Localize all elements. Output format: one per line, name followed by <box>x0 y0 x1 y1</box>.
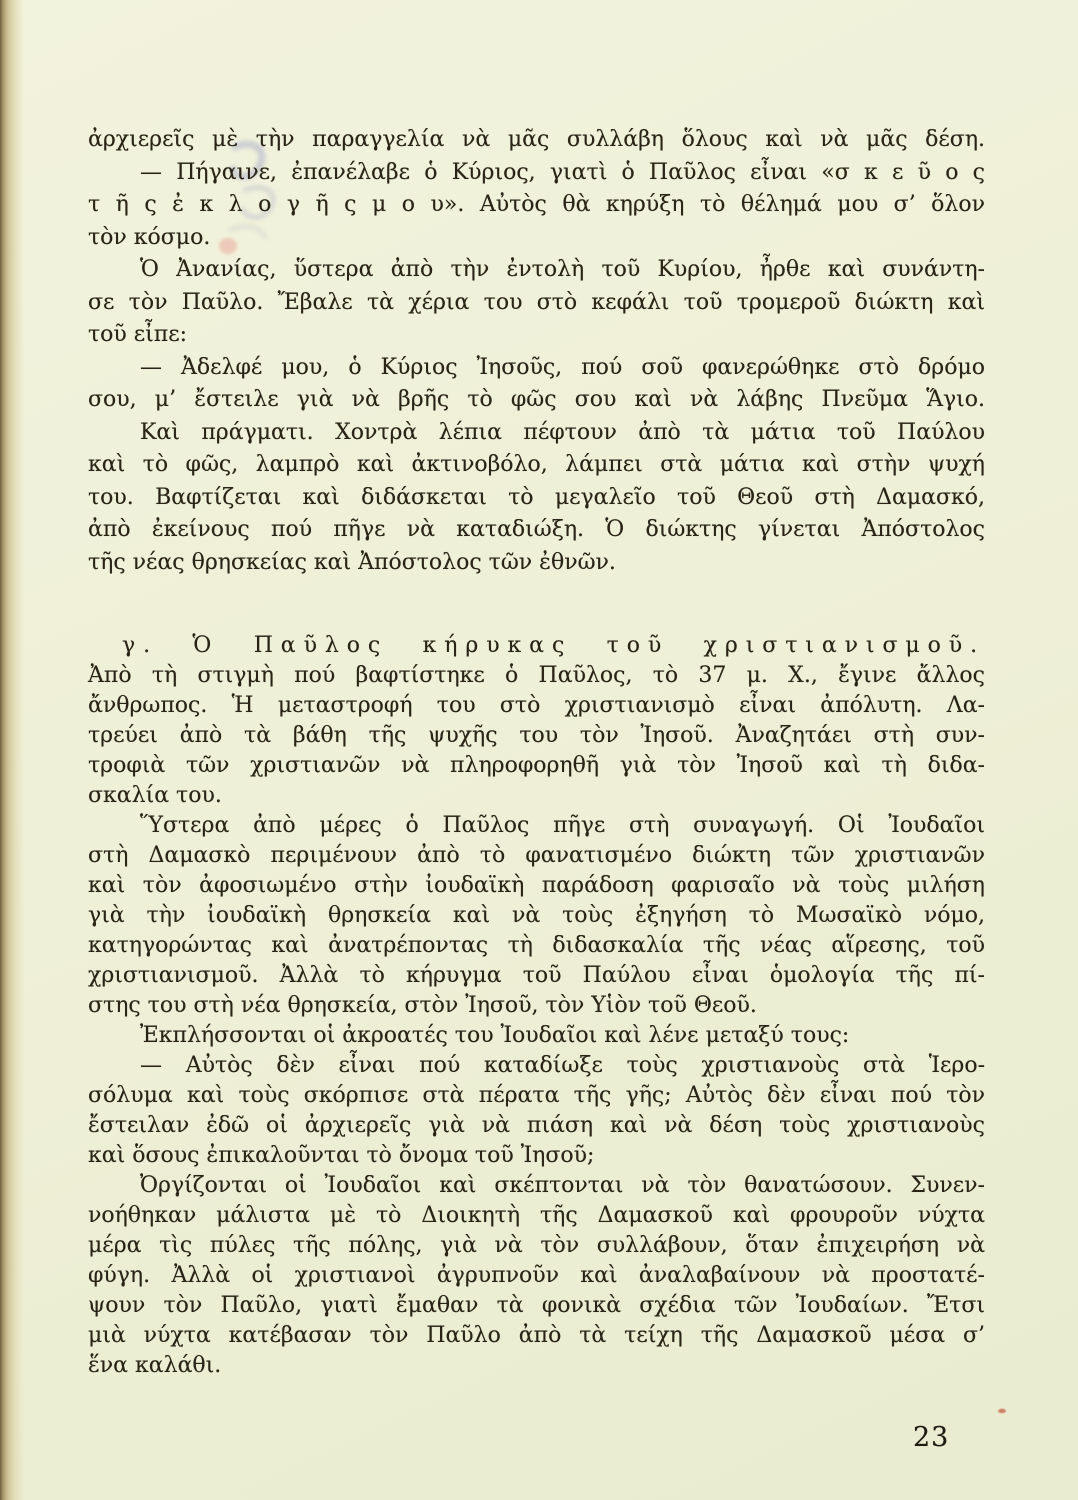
paragraph: — Ἀδελφέ μου, ὁ Κύριος Ἰησοῦς, πού σοῦ φ… <box>88 352 985 417</box>
text-line: Ὕστερα ἀπὸ μέρες ὁ Παῦλος πῆγε στὴ συναγ… <box>88 811 985 841</box>
text-line: κατηγορώντας καὶ ἀνατρέποντας τὴ διδασκα… <box>88 931 985 961</box>
text-line: — Ἀδελφέ μου, ὁ Κύριος Ἰησοῦς, πού σοῦ φ… <box>88 352 985 385</box>
text-line: Ἐκπλήσσονται οἱ ἀκροατές του Ἰουδαῖοι κα… <box>88 1021 985 1051</box>
text-line: τροφιὰ τῶν χριστιανῶν νὰ πληροφορηθῆ γιὰ… <box>88 751 985 781</box>
text-line: χριστιανισμοῦ. Ἀλλὰ τὸ κήρυγμα τοῦ Παύλο… <box>88 961 985 991</box>
paragraph: γ. Ὁ Παῦλος κήρυκας τοῦ χριστιανισμοῦ.Ἀπ… <box>88 631 985 811</box>
text-line: τοῦ εἶπε: <box>88 319 985 352</box>
text-line: Ὀργίζονται οἱ Ἰουδαῖοι καὶ σκέπτονται νὰ… <box>88 1171 985 1201</box>
text-line: μιὰ νύχτα κατέβασαν τὸν Παῦλο ἀπὸ τὰ τεί… <box>88 1321 985 1351</box>
text-line: σόλυμα καὶ τοὺς σκόρπισε στὰ πέρατα τῆς … <box>88 1081 985 1111</box>
text-line: καὶ τὸ φῶς, λαμπρὸ καὶ ἀκτινοβόλο, λάμπε… <box>88 449 985 482</box>
text-line: Ἀπὸ τὴ στιγμὴ πού βαφτίστηκε ὁ Παῦλος, τ… <box>88 661 985 691</box>
paragraph: Ὁ Ἀνανίας, ὕστερα ἀπὸ τὴν ἐντολὴ τοῦ Κυρ… <box>88 254 985 352</box>
paragraph: — Αὐτὸς δὲν εἶναι πού καταδίωξε τοὺς χρι… <box>88 1051 985 1171</box>
text-line: μέρα τὶς πύλες τῆς πόλης, γιὰ νὰ τὸν συλ… <box>88 1231 985 1261</box>
text-line: τὸν κόσμο. <box>88 222 985 255</box>
text-block: ἀρχιερεῖς μὲ τὴν παραγγελία νὰ μᾶς συλλά… <box>88 124 985 1381</box>
text-line: του. Βαφτίζεται καὶ διδάσκεται τὸ μεγαλε… <box>88 482 985 515</box>
paragraph: ἀρχιερεῖς μὲ τὴν παραγγελία νὰ μᾶς συλλά… <box>88 124 985 157</box>
text-line: φύγη. Ἀλλὰ οἱ χριστιανοὶ ἀγρυπνοῦν καὶ ἀ… <box>88 1261 985 1291</box>
text-line: τρεύει ἀπὸ τὰ βάθη τῆς ψυχῆς του τὸν Ἰησ… <box>88 721 985 751</box>
text-line: Καὶ πράγματι. Χοντρὰ λέπια πέφτουν ἀπὸ τ… <box>88 417 985 450</box>
text-line: καὶ ὅσους ἐπικαλοῦνται τὸ ὄνομα τοῦ Ἰησο… <box>88 1141 985 1171</box>
section-heading: γ. Ὁ Παῦλος κήρυκας τοῦ χριστιανισμοῦ. <box>88 631 985 661</box>
paragraph: Ὀργίζονται οἱ Ἰουδαῖοι καὶ σκέπτονται νὰ… <box>88 1171 985 1381</box>
text-line: τ ῆ ς ἐ κ λ ο γ ῆ ς μ ο υ». Αὐτὸς θὰ κηρ… <box>88 189 985 222</box>
text-line: στὴ Δαμασκὸ περιμένουν ἀπὸ τὸ φανατισμέν… <box>88 841 985 871</box>
text-line: ἀρχιερεῖς μὲ τὴν παραγγελία νὰ μᾶς συλλά… <box>88 124 985 157</box>
text-line: ἄνθρωπος. Ἡ μεταστροφή του στὸ χριστιανι… <box>88 691 985 721</box>
paragraph: — Πήγαινε, ἐπανέλαβε ὁ Κύριος, γιατὶ ὁ Π… <box>88 157 985 255</box>
text-line: ἕνα καλάθι. <box>88 1351 985 1381</box>
text-line: τῆς νέας θρησκείας καὶ Ἀπόστολος τῶν ἐθν… <box>88 547 985 580</box>
text-line: ψουν τὸν Παῦλο, γιατὶ ἔμαθαν τὰ φονικὰ σ… <box>88 1291 985 1321</box>
text-line: γιὰ τὴν ἰουδαϊκὴ θρησκεία καὶ νὰ τοὺς ἐξ… <box>88 901 985 931</box>
book-page: ἀρχιερεῖς μὲ τὴν παραγγελία νὰ μᾶς συλλά… <box>0 0 1078 1500</box>
page-number: 23 <box>913 1422 949 1453</box>
text-line: σκαλία του. <box>88 781 985 811</box>
text-line: στης του στὴ νέα θρησκεία, στὸν Ἰησοῦ, τ… <box>88 991 985 1021</box>
text-line: σου, μ’ ἔστειλε γιὰ νὰ βρῆς τὸ φῶς σου κ… <box>88 384 985 417</box>
text-line: ἔστειλαν ἐδῶ οἱ ἀρχιερεῖς γιὰ νὰ πιάση κ… <box>88 1111 985 1141</box>
text-line: Ὁ Ἀνανίας, ὕστερα ἀπὸ τὴν ἐντολὴ τοῦ Κυρ… <box>88 254 985 287</box>
text-line: ἀπὸ ἐκείνους πού πῆγε νὰ καταδιώξη. Ὁ δι… <box>88 514 985 547</box>
text-line: — Αὐτὸς δὲν εἶναι πού καταδίωξε τοὺς χρι… <box>88 1051 985 1081</box>
text-line: καὶ τὸν ἀφοσιωμένο στὴν ἰουδαϊκὴ παράδοσ… <box>88 871 985 901</box>
page-binding-edge <box>0 0 24 1500</box>
paragraph: Καὶ πράγματι. Χοντρὰ λέπια πέφτουν ἀπὸ τ… <box>88 417 985 580</box>
text-line: νοήθηκαν μάλιστα μὲ τὸ Διοικητὴ τῆς Δαμα… <box>88 1201 985 1231</box>
paragraph: Ἐκπλήσσονται οἱ ἀκροατές του Ἰουδαῖοι κα… <box>88 1021 985 1051</box>
text-line: — Πήγαινε, ἐπανέλαβε ὁ Κύριος, γιατὶ ὁ Π… <box>88 157 985 190</box>
red-speck <box>996 1406 1008 1416</box>
text-line: σε τὸν Παῦλο. Ἔβαλε τὰ χέρια του στὸ κεφ… <box>88 287 985 320</box>
paragraph: Ὕστερα ἀπὸ μέρες ὁ Παῦλος πῆγε στὴ συναγ… <box>88 811 985 1021</box>
